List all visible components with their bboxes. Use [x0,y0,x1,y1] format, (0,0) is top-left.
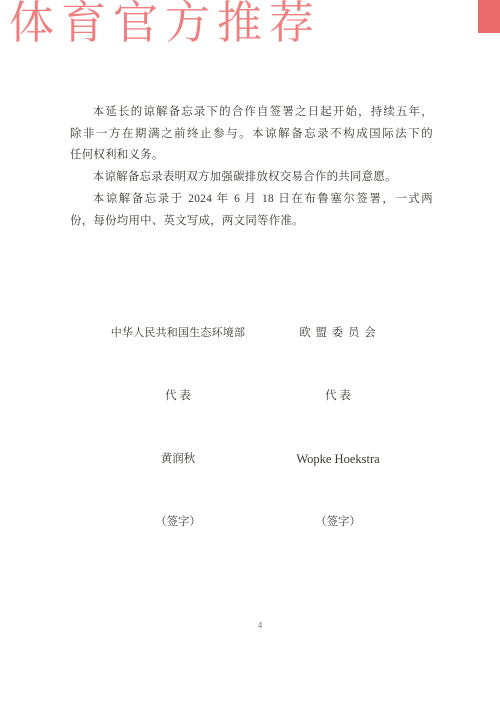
body-line: 本谅解备忘录表明双方加强碳排放权交易合作的共同意愿。 [70,167,433,189]
signature-sign-china: （签字） [98,512,258,533]
signature-role-china: 代 表 [98,386,258,407]
watermark-text: 体育官方推荐 [9,0,321,49]
body-line: 除非一方在期满之前终止参与。本谅解备忘录不构成国际法下的 [70,124,433,146]
signature-block-china: 中华人民共和国生态环境部 代 表 黄润秋 （签字） [98,281,258,575]
signature-name-eu: Wopke Hoekstra [262,449,414,470]
signature-name-china: 黄润秋 [98,449,258,470]
signature-org-eu: 欧 盟 委 员 会 [262,323,414,344]
body-line: 本谅解备忘录于 2024 年 6 月 18 日在布鲁塞尔签署，一式两 [70,189,433,211]
document-body: 本延长的谅解备忘录下的合作自签署之日起开始，持续五年， 除非一方在期满之前终止参… [70,102,433,232]
body-line: 本延长的谅解备忘录下的合作自签署之日起开始，持续五年， [70,102,433,124]
watermark-corner-box [478,0,500,33]
signature-block-eu: 欧 盟 委 员 会 代 表 Wopke Hoekstra （签字） [262,281,414,575]
page-number: 4 [250,620,270,630]
signature-sign-eu: （签字） [262,512,414,533]
body-line: 份，每份均用中、英文写成，两文同等作准。 [70,211,433,233]
signature-org-china: 中华人民共和国生态环境部 [98,323,258,344]
signature-role-eu: 代 表 [262,386,414,407]
body-line: 任何权利和义务。 [70,145,433,167]
document-page: 体育官方推荐 本延长的谅解备忘录下的合作自签署之日起开始，持续五年， 除非一方在… [0,0,500,708]
